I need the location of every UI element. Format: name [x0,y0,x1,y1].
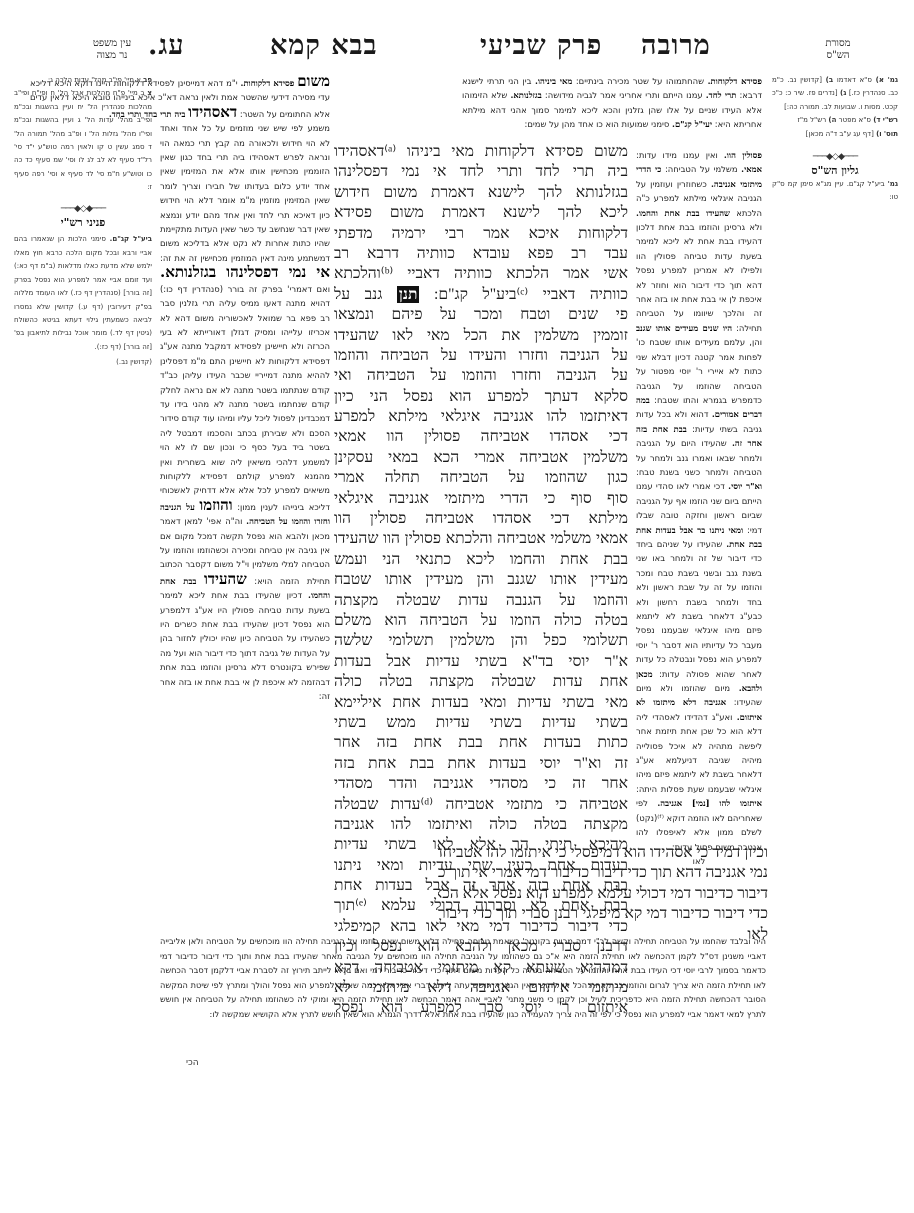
gemara-line: על הגניבה וחזרו והעידו על הטביחה והוזמו [334,346,628,366]
masoret-mark: ב) [826,76,833,84]
gemara-line-tanan: כוותיה דאביי ⁽ᶜ⁾ביע"ל קג"ם: תנן גנב על [334,285,628,305]
tanan-mishna-marker: תנן [397,286,420,303]
masoret-label-2: הש"ס [818,50,858,62]
ornament-divider: ───◆◇◆─── [14,203,152,216]
pnei-rashi-ref: (קדושין נב.) [14,356,152,369]
masoret-mark: ג) [840,89,846,97]
gemara-line: והוזמו על הגנבה עדות שבטלה מקצתה [334,591,628,611]
gemara-line: זוממין משלמין את הכל מאי לאו שהעידו [334,326,628,346]
gemara-line: אחת עדות שבטלה מקצתה בטלה כולה [334,672,628,692]
masoret-entry: תוס' ו) [דף עג ע"ב ד"ה מכאן] [772,128,898,141]
tractate-title: בבא קמא [270,30,378,61]
chapter-title: פרק שביעי [480,30,602,61]
gemara-fragment: גנב על [334,286,382,303]
ein-mishpat-label-1: עין משפט [86,38,138,50]
pnei-rashi-body: ביע"ל קג"ם. סימני הלכות הן שנאמרו בהם אב… [14,233,152,354]
tosafot-dibur-hamatchil: איתזמו להו [נמי] אגניבה. [657,798,762,808]
gemara-line: דיבור כדיבור דמי דכולי עלמא למפרע הוא נפ… [438,884,768,904]
gemara-line: סלקא דעתך למפרע הוא נפסל הני כיון [334,387,628,407]
gilyon-text: ביע"ל קג"ם. עיין מג"א סימן קמ ס"ק טו: [772,180,898,201]
gemara-line: מקצתה בטלה כולה ואיתזמו להו אגניבה [334,815,628,835]
masoret-section-label: רש"י [883,116,898,124]
gemara-line: דכי אסהדו אטביחה פסולין הוו אמאי [334,427,628,447]
tosafot-column: פסידא דלקוחות. שהחתמוהו על שטר מכירה בינ… [462,74,762,132]
ornament-divider: ───◆◇◆─── [772,151,898,164]
page-catchword: הכי [186,1058,199,1068]
tosafot-dibur-hamatchil: וא"ר יוסי. [728,481,762,491]
rashi-dibur-hamatchil-rest: ביה תרי בחד ותרי בחד. [109,109,186,119]
masoret-text: ס"א מפטר [839,116,871,124]
ein-mishpat-header: עין משפט נר מצוה [86,38,138,62]
rashi-text: ואם דאמרי' בפרק זה בורר (סנהדרין דף כו:)… [160,284,330,512]
page-number: עג. [148,30,185,61]
gemara-line: פי שנים וטבח ומכר על פיהם ונמצאו [334,305,628,325]
gemara-line: ביה תרי לחד ותרי לחד אי נמי דפסלינהו [334,162,628,182]
tosafot-text: והן, עלמם מעידים אותו שטבח כו' לפחות אמר… [636,337,762,405]
masoret-entry: גמ' א) ס"א דאדמו ב) [קדושין נב. כ"מ כב. … [772,74,898,114]
gilyon-label: גמ' [888,180,898,188]
rashi-dibur-hamatchil: דאסהידו [188,103,237,121]
rashi-text: משמע לפי שיש שני מוזמים על כל אחד ואחד ל… [160,123,330,263]
masoret-mark: א) [876,76,884,84]
rashi-text: דכיון שהעידו בבת אחת ליכא למימר בשעת עדו… [160,590,330,701]
gemara-line: מעידין אותו שגנב והן מעידין אותו שטבח [334,570,628,590]
masoret-header: מסורת הש"ס [818,38,858,62]
gemara-line: מילתא דכי אסהדו אטביחה פסולין הוו [334,509,628,529]
tosafot-text: שהעידו על שניהם ביחד כדי דיבור של זה ולמ… [636,539,762,679]
tosafot-dibur-hamatchil: היו שנים מעידים אותו שגנב [636,323,732,333]
masoret-text: רש"ל מ"ז [797,116,826,124]
tosafot-text: ואע"ג דהדידו לאסהדי ליה דלא הוא כל שכן א… [636,712,762,794]
tosafot-dibur-hamatchil: אמאי. [741,164,762,174]
gemara-line: דאיתזמו להו אגניבה איגלאי מילתא למפרע [334,407,628,427]
tosafot-column-lower: פסולין הוו. ואין עמנו מידו עדות: אמאי. מ… [636,148,762,868]
masoret-mark: ד) [873,116,880,124]
masoret-entry: רש"י ד) ס"א מפטר ה) רש"ל מ"ז [772,114,898,127]
gemara-line: זה וא"ר יוסי בעדות אחת בבת אחת בזה [334,754,628,774]
gemara-line: בבת אחת והחמו ליכא כתנאי הני ועמש [334,550,628,570]
rashi-opening-word: משום [297,72,330,90]
gemara-line: בשתי עדיות בשתי עדיות ממש בשתי [334,713,628,733]
chapter-name: מרובה [641,30,711,61]
gemara-line: סוף סוף כי הדרי מיתזמי אגניבה איגלאי [334,489,628,509]
tosafot-dibur-hamatchil: מאי ביניהו. [535,76,572,86]
rashi-dibur-hamatchil: פסידא דלקוחות. [241,78,295,88]
gemara-line: מאי בשתי עדיות ומאי בעדות אחת איליימא [334,693,628,713]
tosafot-dibur-hamatchil: תרי לחד. [706,90,737,100]
tosafot-dibur-hamatchil: בגזלנותא. [510,90,541,100]
tosafot-dibur-hamatchil: יעי"ל קג"ם. [672,119,712,129]
pnei-rashi-title: פניני רש"י [14,216,152,229]
tosafot-catchword: לאו [636,854,762,868]
masoret-mark: ו) [876,130,882,138]
masoret-text: [דף עג ע"ב ד"ה מכאן] [806,130,874,138]
gemara-line: משלמין אטביחה אמרי הכא במאי עסקינן [334,448,628,468]
tosafot-text: שהחתמוהו על שטר מכירה בינתיים: [576,76,704,86]
gemara-line: אמאי משלמי אטביחה והלכתא פסולין הוו שהעי… [334,529,628,549]
gemara-line: בגזלנותא להך לישנא דאמרת משום חידוש [334,183,628,203]
gemara-line: ליכא להך לישנא דאמרת משום פסידא [334,203,628,223]
tosafot-dibur-hamatchil: שהעידו בבת אחת והחמו. [636,208,730,218]
masoret-text: ס"א דאדמו [837,76,872,84]
rashi-dibur-hamatchil: אי נמי דפסלינהו בגזלנותא. [160,263,330,281]
gemara-line: כדי דיבור כדיבור דמי קא מיפלגי רבנן סברי… [438,904,768,924]
gemara-line: תשלומי כפל והן משלמין תשלומי שלשה [334,631,628,651]
rashi-dibur-hamatchil: שהעידו [204,570,247,588]
gemara-line: כגון שהוזמו על הטביחה תחלה אמרי [334,468,628,488]
gemara-line: משום פסידא דלקוחות מאי ביניהו ⁽ᵃ⁾דאסהידו [334,142,628,162]
gemara-line: אשי אמר הלכתא כוותיה דאביי ⁽ᵇ⁾והלכתא [334,264,628,284]
tosafot-text: משלמי על הטביחה: [665,164,738,174]
gemara-line: בטלה כולה הוזמו על הטביחה הוא משלם [334,611,628,631]
ein-mishpat-label-2: נר מצוה [86,50,138,62]
masoret-section-label: תוס' [884,130,898,138]
gemara-line: דלקוחות איכא אמר רבי ירמיה מדפתי [334,224,628,244]
masoret-mark: ה) [828,116,836,124]
rashi-opening: משום פסידא דלקוחות. י"מ דהא דמייסינן לפס… [30,74,330,121]
gemara-line: א"ר יוסי בד"א בשתי עדיות אבל בעדות [334,652,628,672]
tosafot-text: סימני שמועות הוא כו אחד מהן על שמים: [525,119,670,129]
tosafot-top: פסידא דלקוחות. שהחתמוהו על שטר מכירה בינ… [462,74,762,132]
gemara-line: כתות בעדות אחת בבת אחת בזה אחר [334,733,628,753]
bottom-notes: היה ובלבד שהחמו על הטביחה תחילה וקשה לר"… [160,934,766,1022]
gemara-line: עבד רב פפא עובדא כוותיה דרבא רב [334,244,628,264]
masoret-column: גמ' א) ס"א דאדמו ב) [קדושין נב. כ"מ כב. … [772,74,898,205]
masoret-label-1: מסורת [818,38,858,50]
gemara-line: אטביחה כי מתזמי אטביחה ⁽ᵈ⁾עדות שבטלה [334,795,628,815]
tosafot-dibur-hamatchil: פסולין הוו. [724,150,762,160]
pnei-rashi-dibur-hamatchil: ביע"ל קג"ם. [110,235,152,243]
tosafot-text: ולא גרסינן והוזמו בבת אחת דלכון דהעידו ב… [636,222,762,333]
tosafot-text: ואין עמנו מידו עדות: [636,150,718,160]
gilyon-hashas-body: גמ' ביע"ל קג"ם. עיין מג"א סימן קמ ס"ק טו… [772,178,898,205]
gemara-line: אחר זה כי מסהדי אגניבה והדר מסהדי [334,774,628,794]
gemara-line: על הגניבה וחזרו והוזמו על הטביחה ואי [334,366,628,386]
rashi-column: משום פסידא דלקוחות. י"מ דהא דמייסינן לפס… [160,74,330,703]
gilyon-hashas-title: גליון הש"ס [772,164,898,177]
rashi-body: משמע לפי שיש שני מוזמים על כל אחד ואחד ל… [160,121,330,703]
pnei-rashi-text: סימני הלכות הן שנאמרו בהם אביי ורבא ובכל… [14,235,152,350]
tosafot-dibur-hamatchil: פסידא דלקוחות. [708,76,762,86]
tosafot-text: עמנו הייתם ותרי אחריני אמר לגביה מידושה: [545,90,703,100]
gemara-fragment: כוותיה דאביי ⁽ᶜ⁾ביע"ל קג"ם: [434,286,628,303]
masoret-section-label: גמ' [888,76,898,84]
rashi-dibur-hamatchil: והוזמו [199,496,232,514]
